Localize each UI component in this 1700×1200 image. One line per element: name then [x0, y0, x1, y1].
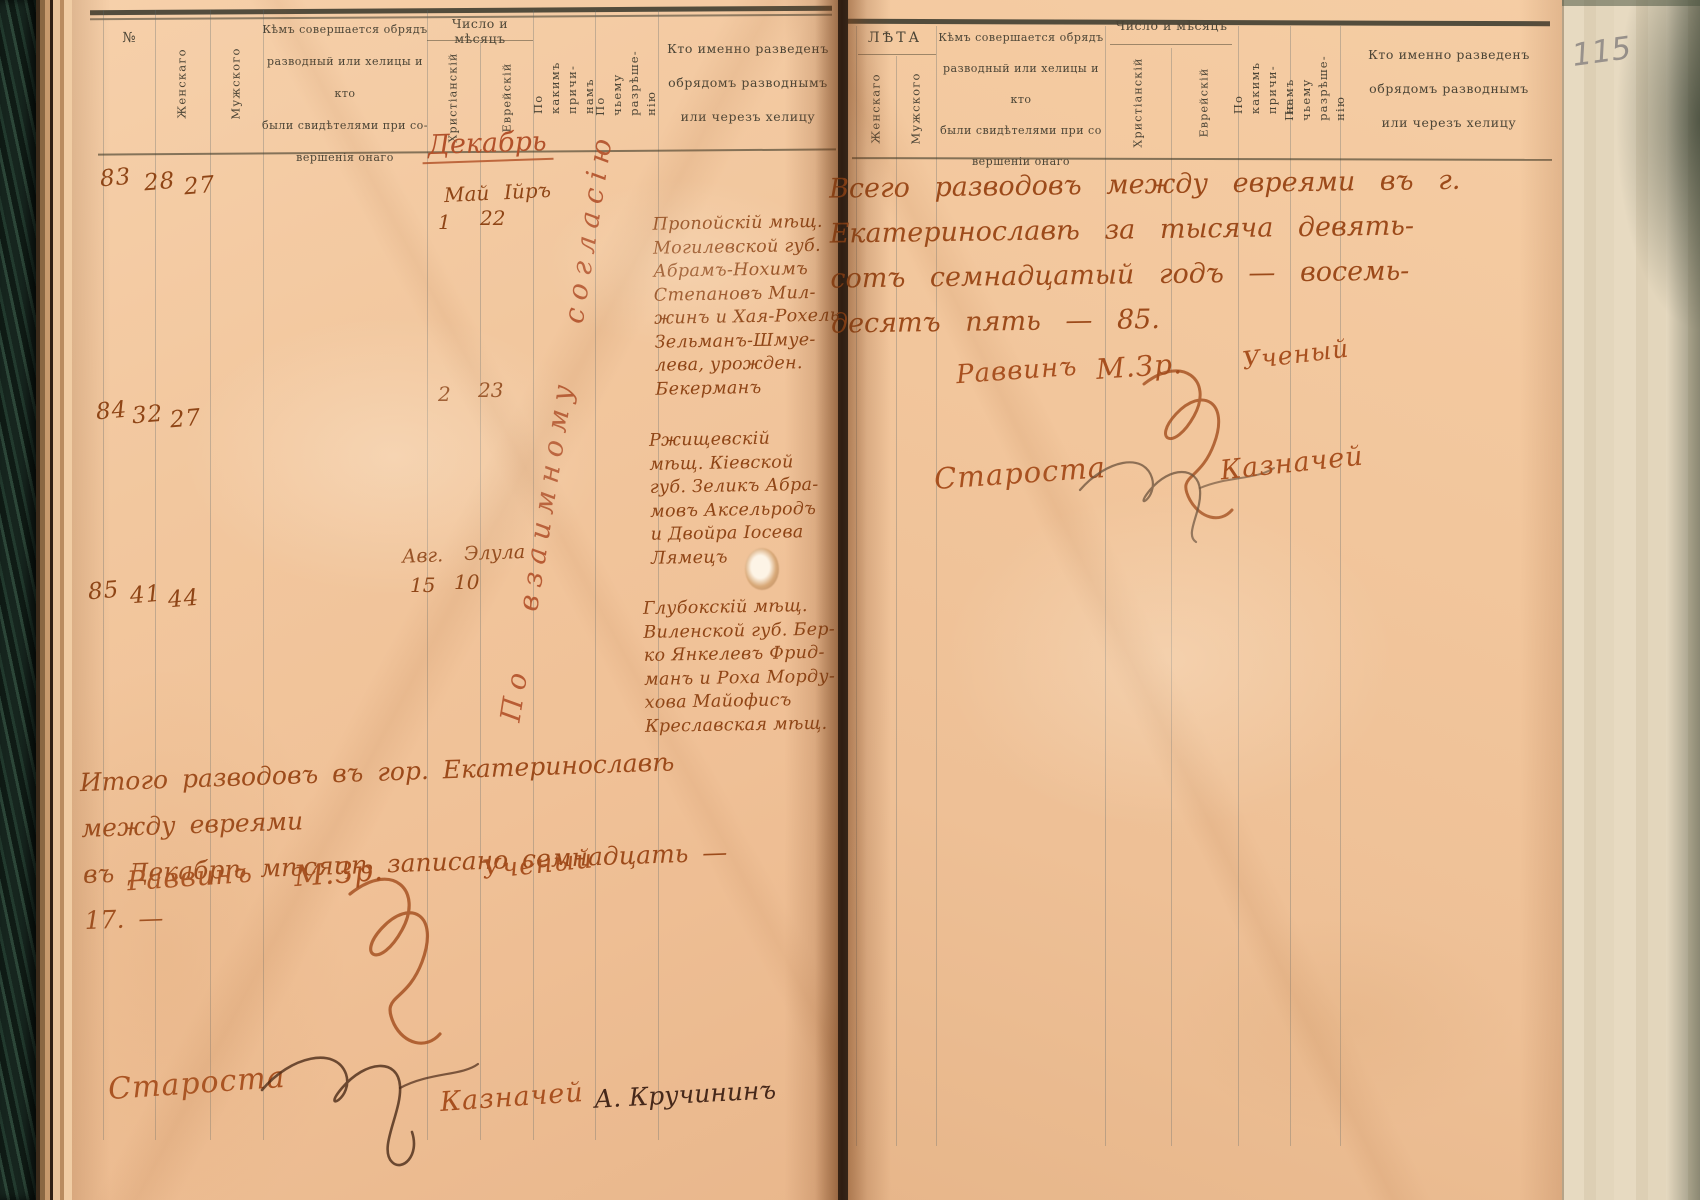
- col-header-date-group: Число и мѣсяцъ: [1105, 18, 1238, 33]
- col-header-divorced: Кто именно разведенъ обрядомъ разводнымъ…: [1348, 38, 1550, 140]
- column-rule: [263, 10, 264, 1140]
- book-cover-left-edge: [0, 0, 36, 1200]
- col-header-officiant: Кѣмъ совершается обрядъ разводный или хе…: [260, 14, 430, 174]
- folio-number: 115: [1570, 30, 1634, 74]
- row-number: 84: [95, 397, 128, 426]
- col-header-christian-date-label: Христіанскій: [1130, 57, 1147, 147]
- col-header-male-age: Мужского: [210, 20, 263, 146]
- left-page: № Женскаго Мужского Кѣмъ совершается обр…: [72, 0, 838, 1200]
- col-header-permission-label: По чьему разрѣше- нію: [1281, 55, 1349, 121]
- col-header-male-age: Мужского: [896, 58, 936, 158]
- col-header-reasons-label: По какимъ причи- намъ: [530, 52, 598, 114]
- col-header-female-age: Женскаго: [155, 20, 210, 146]
- col-header-officiant: Кѣмъ совершается обрядъ разводный или хе…: [938, 22, 1104, 177]
- female-age: 41: [129, 581, 162, 610]
- col-header-jewish-date: Еврейскій: [1171, 48, 1237, 156]
- column-rule: [658, 10, 659, 1140]
- row-number: 83: [99, 164, 132, 193]
- month-christian: Авг.: [402, 544, 444, 567]
- male-age: 27: [183, 172, 216, 201]
- day-jewish: 10: [454, 570, 479, 594]
- female-age: 28: [143, 168, 176, 197]
- col-header-male-age-label: Мужского: [908, 72, 925, 144]
- col-header-years-group: ЛѢТА: [854, 30, 936, 46]
- col-header-permission: По чьему разрѣше- нію: [1290, 22, 1340, 154]
- rabbi-label: Раввинъ: [955, 352, 1078, 390]
- date-group-subrule: [1110, 44, 1232, 45]
- col-header-no: №: [103, 30, 155, 46]
- treasurer-signature: А. Кручининъ: [593, 1075, 776, 1113]
- divorced-persons-entry: Глубокскій мѣщ. Виленской губ. Бер- ко Я…: [643, 594, 863, 739]
- section-month-december: Декабрь: [421, 126, 553, 165]
- col-header-jewish-date-label: Еврейскій: [498, 62, 515, 132]
- col-header-female-age-label: Женскаго: [174, 48, 191, 118]
- day-jewish: 22: [480, 206, 505, 230]
- stacked-page-edges: [36, 0, 72, 1200]
- month-christian: Май: [443, 181, 489, 207]
- col-header-date-group: Число и мѣсяцъ: [427, 16, 533, 46]
- col-header-female-age-label: Женскаго: [868, 73, 885, 143]
- registry-book-scan: № Женскаго Мужского Кѣмъ совершается обр…: [0, 0, 1700, 1200]
- right-page: ЛѢТА Женскаго Мужского Кѣмъ совершается …: [848, 0, 1562, 1200]
- female-age: 32: [131, 401, 164, 430]
- day-christian: 15: [410, 573, 435, 597]
- month-jewish: Элула: [464, 541, 526, 565]
- row-number: 85: [87, 577, 120, 606]
- divorced-persons-entry: Пропойскій мѣщ. Могилевской губ. Абрамъ-…: [652, 210, 855, 401]
- day-jewish: 23: [478, 378, 503, 402]
- paper-hole: [745, 548, 779, 590]
- col-header-permission-label: По чьему разрѣше- нію: [592, 50, 660, 116]
- col-header-male-age-label: Мужского: [228, 47, 245, 119]
- col-header-female-age: Женскаго: [856, 58, 896, 158]
- annual-total-text: Всего разводовъ между евреями въ г. Екат…: [829, 157, 1491, 346]
- col-header-jewish-date-label: Еврейскій: [1196, 67, 1213, 137]
- col-header-christian-date: Христіанскій: [1105, 48, 1171, 156]
- next-page-edge: 115: [1562, 0, 1700, 1200]
- month-jewish: Ійръ: [503, 178, 551, 204]
- col-header-divorced: Кто именно разведенъ обрядомъ разводнымъ…: [662, 32, 834, 134]
- years-group-subrule: [858, 54, 936, 55]
- day-christian: 2: [438, 382, 451, 406]
- male-age: 27: [169, 405, 202, 434]
- male-age: 44: [167, 585, 200, 614]
- day-christian: 1: [438, 210, 451, 234]
